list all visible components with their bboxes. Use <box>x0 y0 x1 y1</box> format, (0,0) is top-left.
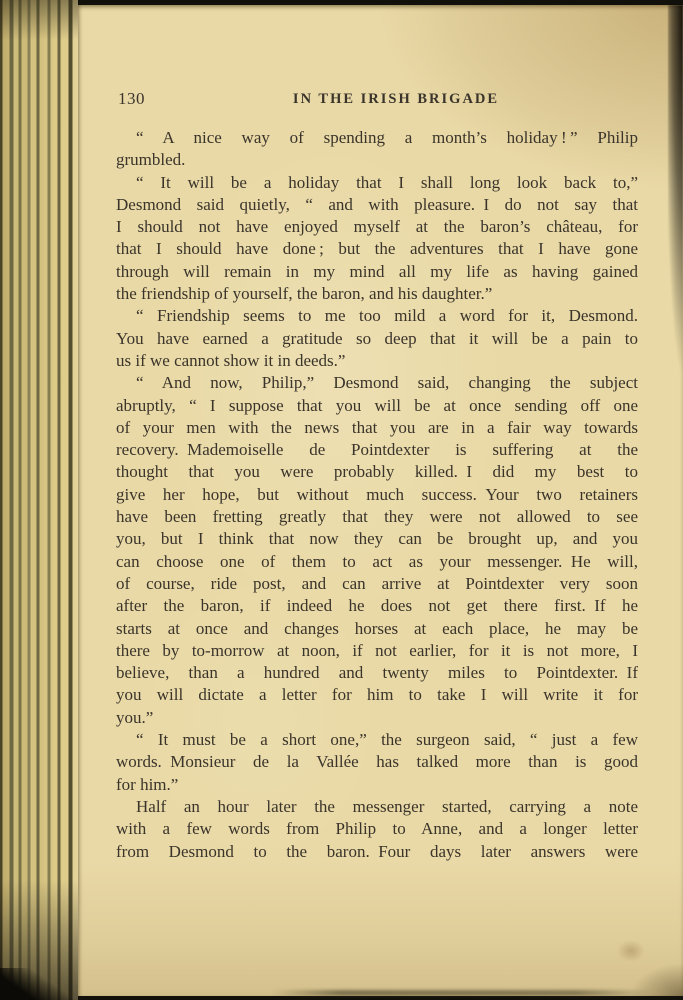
text-line: of course, ride post, and can arrive at … <box>116 573 638 595</box>
text-line: You have earned a gratitude so deep that… <box>116 328 638 350</box>
text-line: “ It must be a short one,” the surgeon s… <box>116 729 638 751</box>
body-text: “ A nice way of spending a month’s holid… <box>116 127 638 863</box>
book-scan: 130 IN THE IRISH BRIGADE “ A nice way of… <box>0 0 683 1000</box>
page-number: 130 <box>118 89 145 109</box>
text-line: starts at once and changes horses at eac… <box>116 618 638 640</box>
paragraph: Half an hour later the messenger started… <box>116 796 638 863</box>
text-line: there by to-morrow at noon, if not earli… <box>116 640 638 662</box>
paragraph: “ A nice way of spending a month’s holid… <box>116 127 638 172</box>
page-header: 130 IN THE IRISH BRIGADE <box>116 89 638 111</box>
text-line: you, but I think that now they can be br… <box>116 528 638 550</box>
text-line: I should not have enjoyed myself at the … <box>116 216 638 238</box>
text-line: give her hope, but without much success.… <box>116 484 638 506</box>
text-line: abruptly, “ I suppose that you will be a… <box>116 395 638 417</box>
text-line: that I should have done ; but the advent… <box>116 238 638 260</box>
text-line: Half an hour later the messenger started… <box>116 796 638 818</box>
paragraph: “ It will be a holiday that I shall long… <box>116 172 638 306</box>
text-line: “ A nice way of spending a month’s holid… <box>116 127 638 149</box>
shadow-bottom <box>78 861 683 996</box>
text-line: for him.” <box>116 774 638 796</box>
text-line: with a few words from Philip to Anne, an… <box>116 818 638 840</box>
running-title: IN THE IRISH BRIGADE <box>293 91 499 108</box>
text-line: words. Monsieur de la Vallée has talked … <box>116 751 638 773</box>
text-line: after the baron, if indeed he does not g… <box>116 595 638 617</box>
text-line: grumbled. <box>116 149 638 171</box>
text-line: have been fretting greatly that they wer… <box>116 506 638 528</box>
text-line: “ And now, Philip,” Desmond said, changi… <box>116 372 638 394</box>
paragraph: “ Friendship seems to me too mild a word… <box>116 305 638 372</box>
text-line: of your men with the news that you are i… <box>116 417 638 439</box>
paper-stain <box>617 940 645 962</box>
text-line: Desmond said quietly, “ and with pleasur… <box>116 194 638 216</box>
text-line: from Desmond to the baron. Four days lat… <box>116 841 638 863</box>
shadow-bottom-line <box>272 990 653 996</box>
text-block: 130 IN THE IRISH BRIGADE “ A nice way of… <box>116 89 638 863</box>
scan-corner-shadow <box>0 968 78 1000</box>
text-line: the friendship of yourself, the baron, a… <box>116 283 638 305</box>
book-page: 130 IN THE IRISH BRIGADE “ A nice way of… <box>78 5 683 996</box>
text-line: recovery. Mademoiselle de Pointdexter is… <box>116 439 638 461</box>
text-line: you will dictate a letter for him to tak… <box>116 684 638 706</box>
text-line: thought that you were probably killed. I… <box>116 461 638 483</box>
text-line: “ It will be a holiday that I shall long… <box>116 172 638 194</box>
text-line: you.” <box>116 707 638 729</box>
text-line: can choose one of them to act as your me… <box>116 551 638 573</box>
paragraph: “ It must be a short one,” the surgeon s… <box>116 729 638 796</box>
paragraph: “ And now, Philip,” Desmond said, changi… <box>116 372 638 729</box>
page-edge-stack <box>0 0 78 1000</box>
shadow-right-edge <box>668 5 683 375</box>
text-line: “ Friendship seems to me too mild a word… <box>116 305 638 327</box>
text-line: through will remain in my mind all my li… <box>116 261 638 283</box>
text-line: believe, than a hundred and twenty miles… <box>116 662 638 684</box>
text-line: us if we cannot show it in deeds.” <box>116 350 638 372</box>
